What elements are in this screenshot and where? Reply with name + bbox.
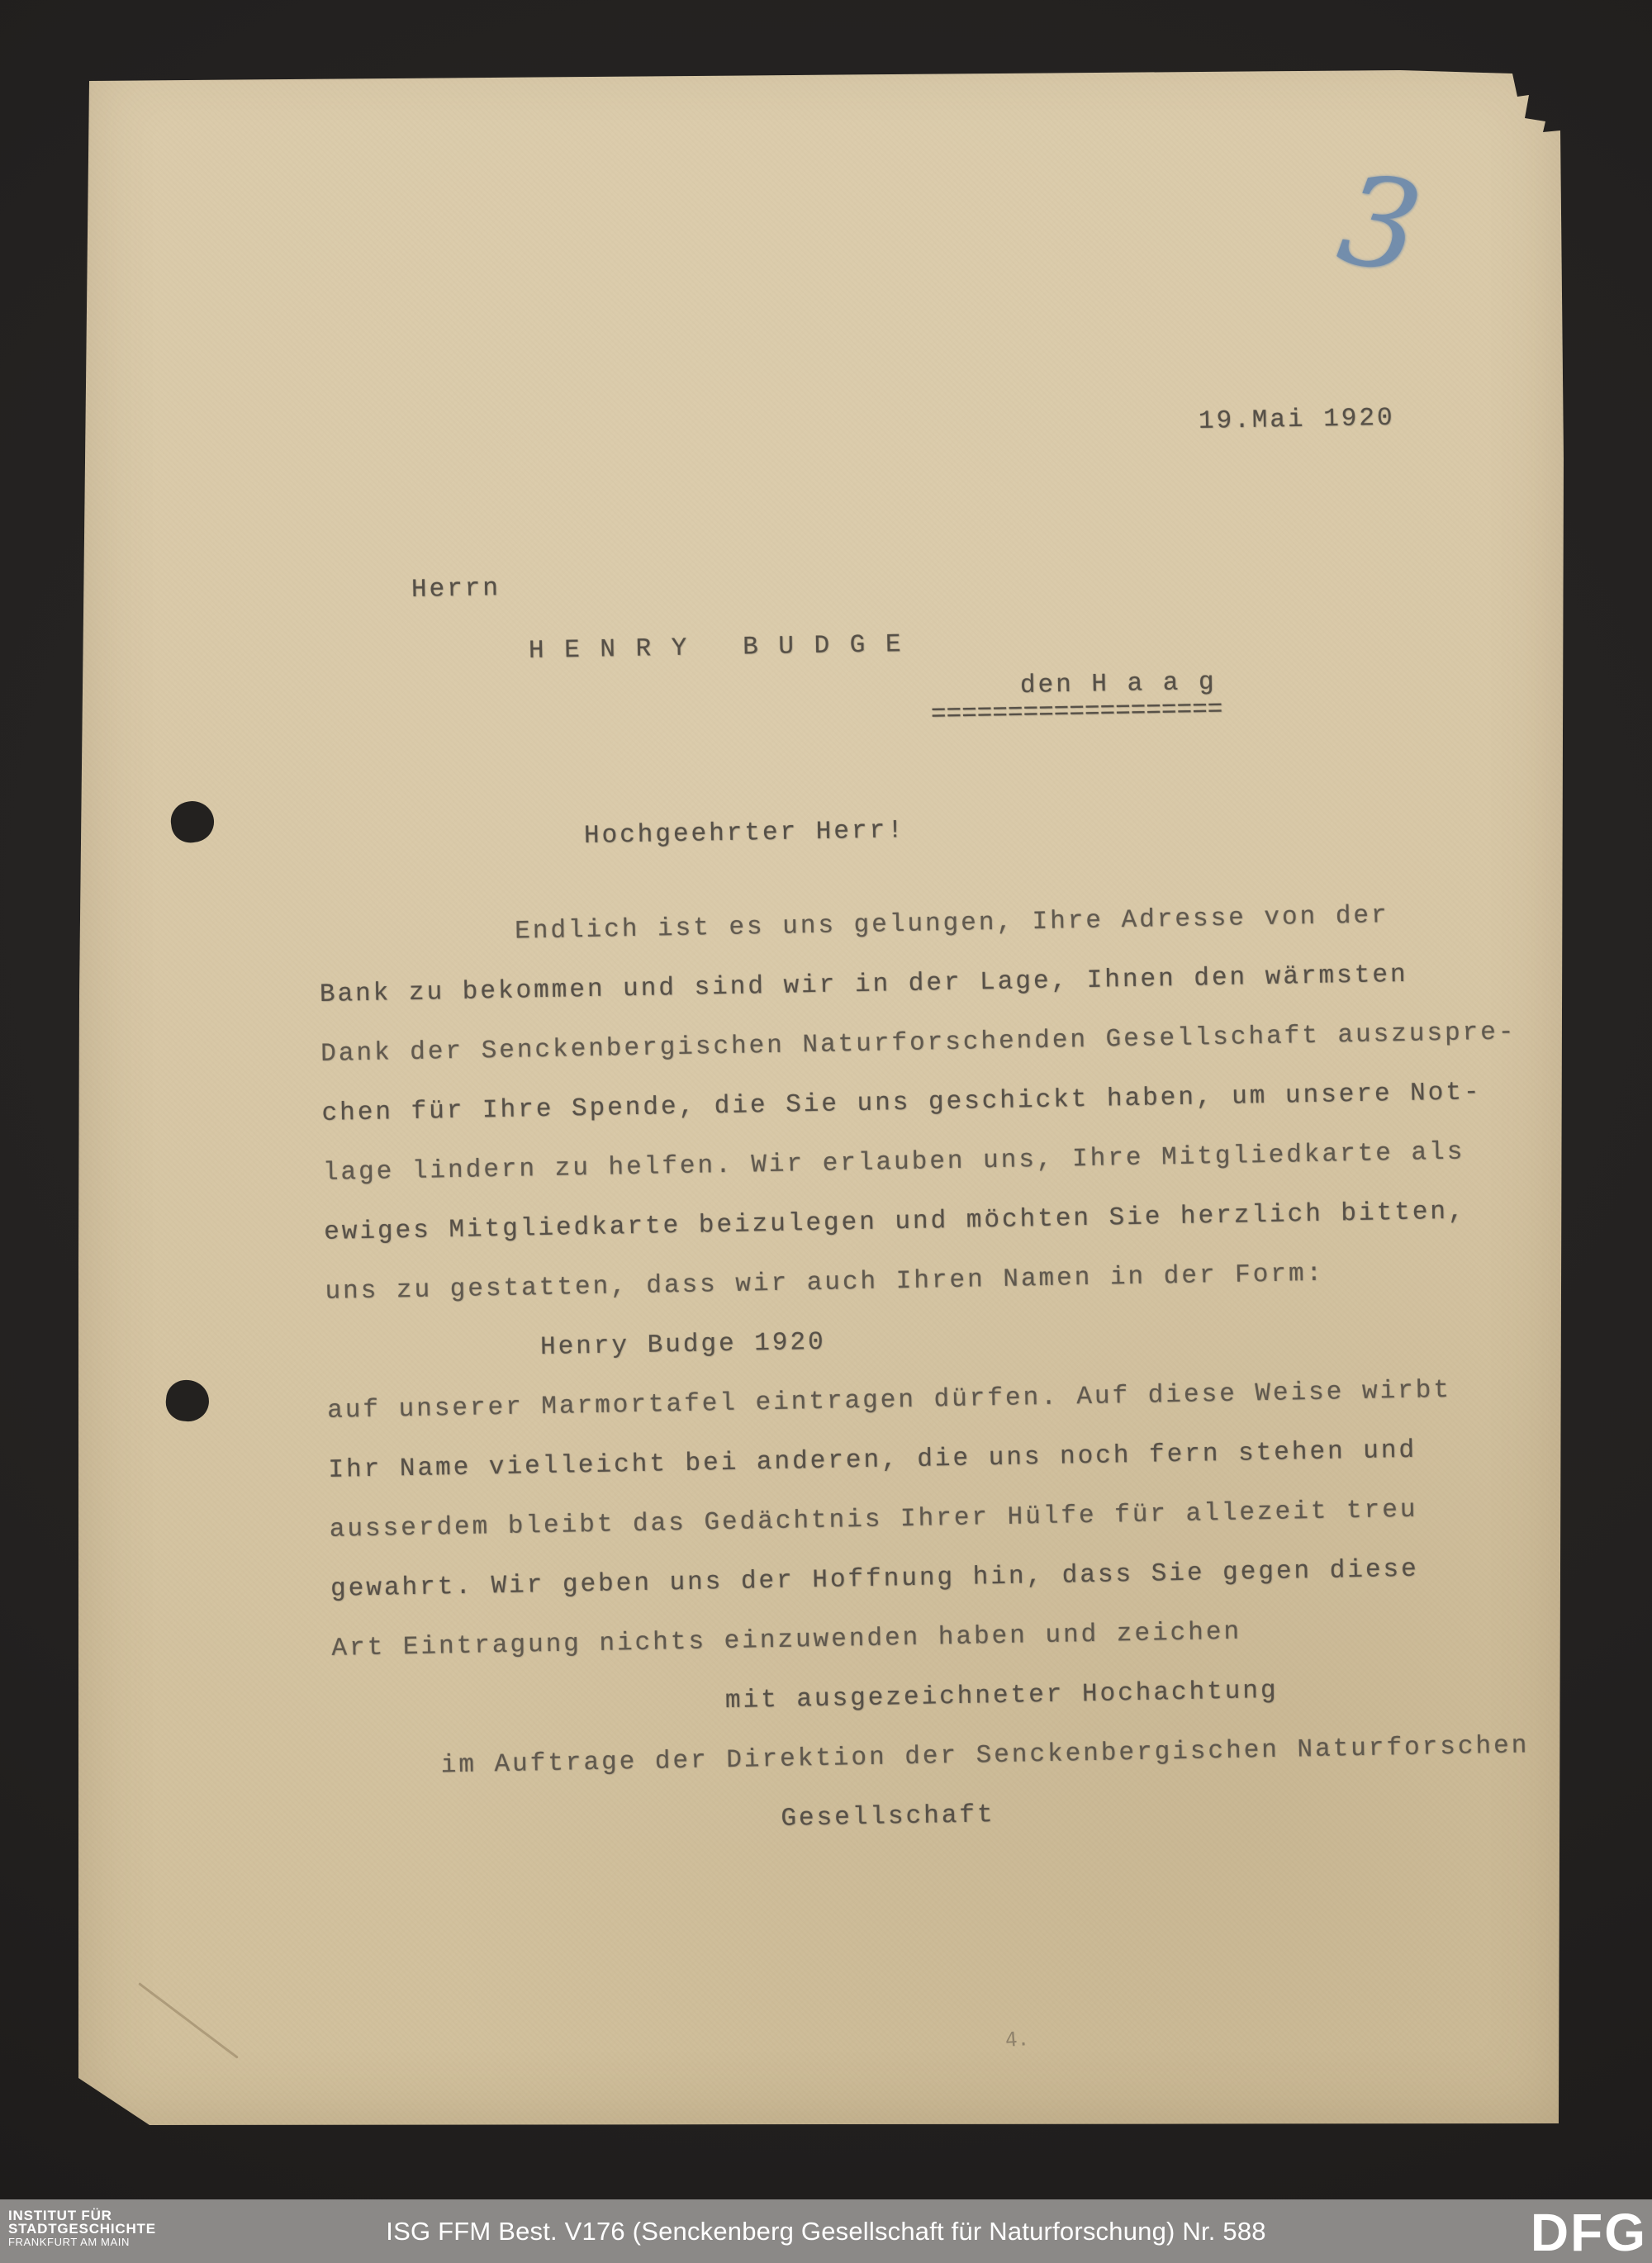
letter-body: Endlich ist es uns gelungen, Ihre Adress…	[318, 884, 1574, 1857]
letter-date: 19.Mai 1920	[1199, 404, 1395, 436]
fold-crease	[138, 1982, 239, 2059]
scan-stage: 3 19.Mai 1920 Herrn H E N R Y B U D G E …	[0, 0, 1652, 2263]
archive-footer-bar: INSTITUT FÜR STADTGESCHICHTE FRANKFURT A…	[0, 2199, 1652, 2263]
punch-hole-bottom	[164, 1378, 211, 1423]
letter-greeting: Hochgeehrter Herr!	[584, 816, 905, 851]
archive-reference: ISG FFM Best. V176 (Senckenberg Gesellsc…	[0, 2199, 1652, 2263]
dfg-logo: DFG	[1531, 2199, 1647, 2263]
stray-pencil-mark: 4.	[1004, 2027, 1030, 2052]
letter-page: 3 19.Mai 1920 Herrn H E N R Y B U D G E …	[78, 45, 1565, 2127]
recipient-place-underline: ===================	[931, 695, 1223, 729]
punch-hole-top	[169, 799, 216, 846]
recipient-name: H E N R Y B U D G E	[529, 630, 904, 666]
recipient-prefix: Herrn	[411, 574, 501, 605]
handwritten-page-number: 3	[1330, 148, 1430, 302]
